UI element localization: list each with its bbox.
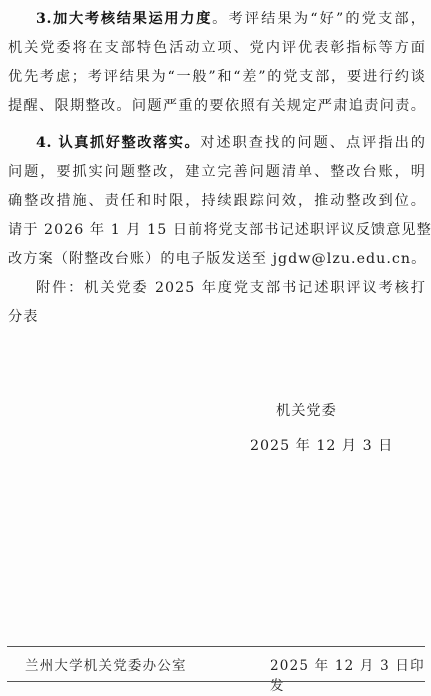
paragraph-4-line-3: 确整改措施、责任和时限，持续跟踪问效，推动整改到位。 — [8, 187, 426, 216]
footer-issued-date: 2025 年 12 月 3 日印发 — [270, 654, 431, 694]
paragraph-3-heading: 3.加大考核结果运用力度 — [36, 11, 212, 27]
signature-org: 机关党委 — [276, 400, 431, 420]
paragraph-3-line-3: 优先考虑；考评结果为“一般”和“差”的党支部，要进行约谈 — [8, 63, 426, 92]
paragraph-4-line-4: 请于 2026 年 1 月 15 日前将党支部书记述职评议反馈意见整 — [8, 216, 426, 245]
signature-date: 2025 年 12 月 3 日 — [250, 435, 431, 455]
footer-bottom-rule — [7, 681, 425, 682]
document-body: 3.加大考核结果运用力度。考评结果为“好”的党支部， 机关党委将在支部特色活动立… — [8, 5, 426, 332]
footer-top-rule — [7, 646, 425, 647]
paragraph-3-line-1: 3.加大考核结果运用力度。考评结果为“好”的党支部， — [8, 5, 426, 34]
attachment-line-1: 附件：机关党委 2025 年度党支部书记述职评议考核打 — [8, 274, 426, 303]
paragraph-3-line-4: 提醒、限期整改。问题严重的要依照有关规定严肃追责问责。 — [8, 92, 426, 121]
attachment-line-2: 分表 — [8, 303, 426, 332]
paragraph-4-line-2: 问题，要抓实问题整改，建立完善问题清单、整改台账，明 — [8, 158, 426, 187]
footer-issuer: 兰州大学机关党委办公室 — [25, 654, 187, 674]
paragraph-4-line-5: 改方案（附整改台账）的电子版发送至 jgdw@lzu.edu.cn。 — [8, 245, 426, 274]
paragraph-4-heading: 4. 认真抓好整改落实。 — [36, 135, 200, 151]
paragraph-4-line-1: 4. 认真抓好整改落实。对述职查找的问题、点评指出的 — [8, 129, 426, 158]
paragraph-3-line-2: 机关党委将在支部特色活动立项、党内评优表彰指标等方面 — [8, 34, 426, 63]
